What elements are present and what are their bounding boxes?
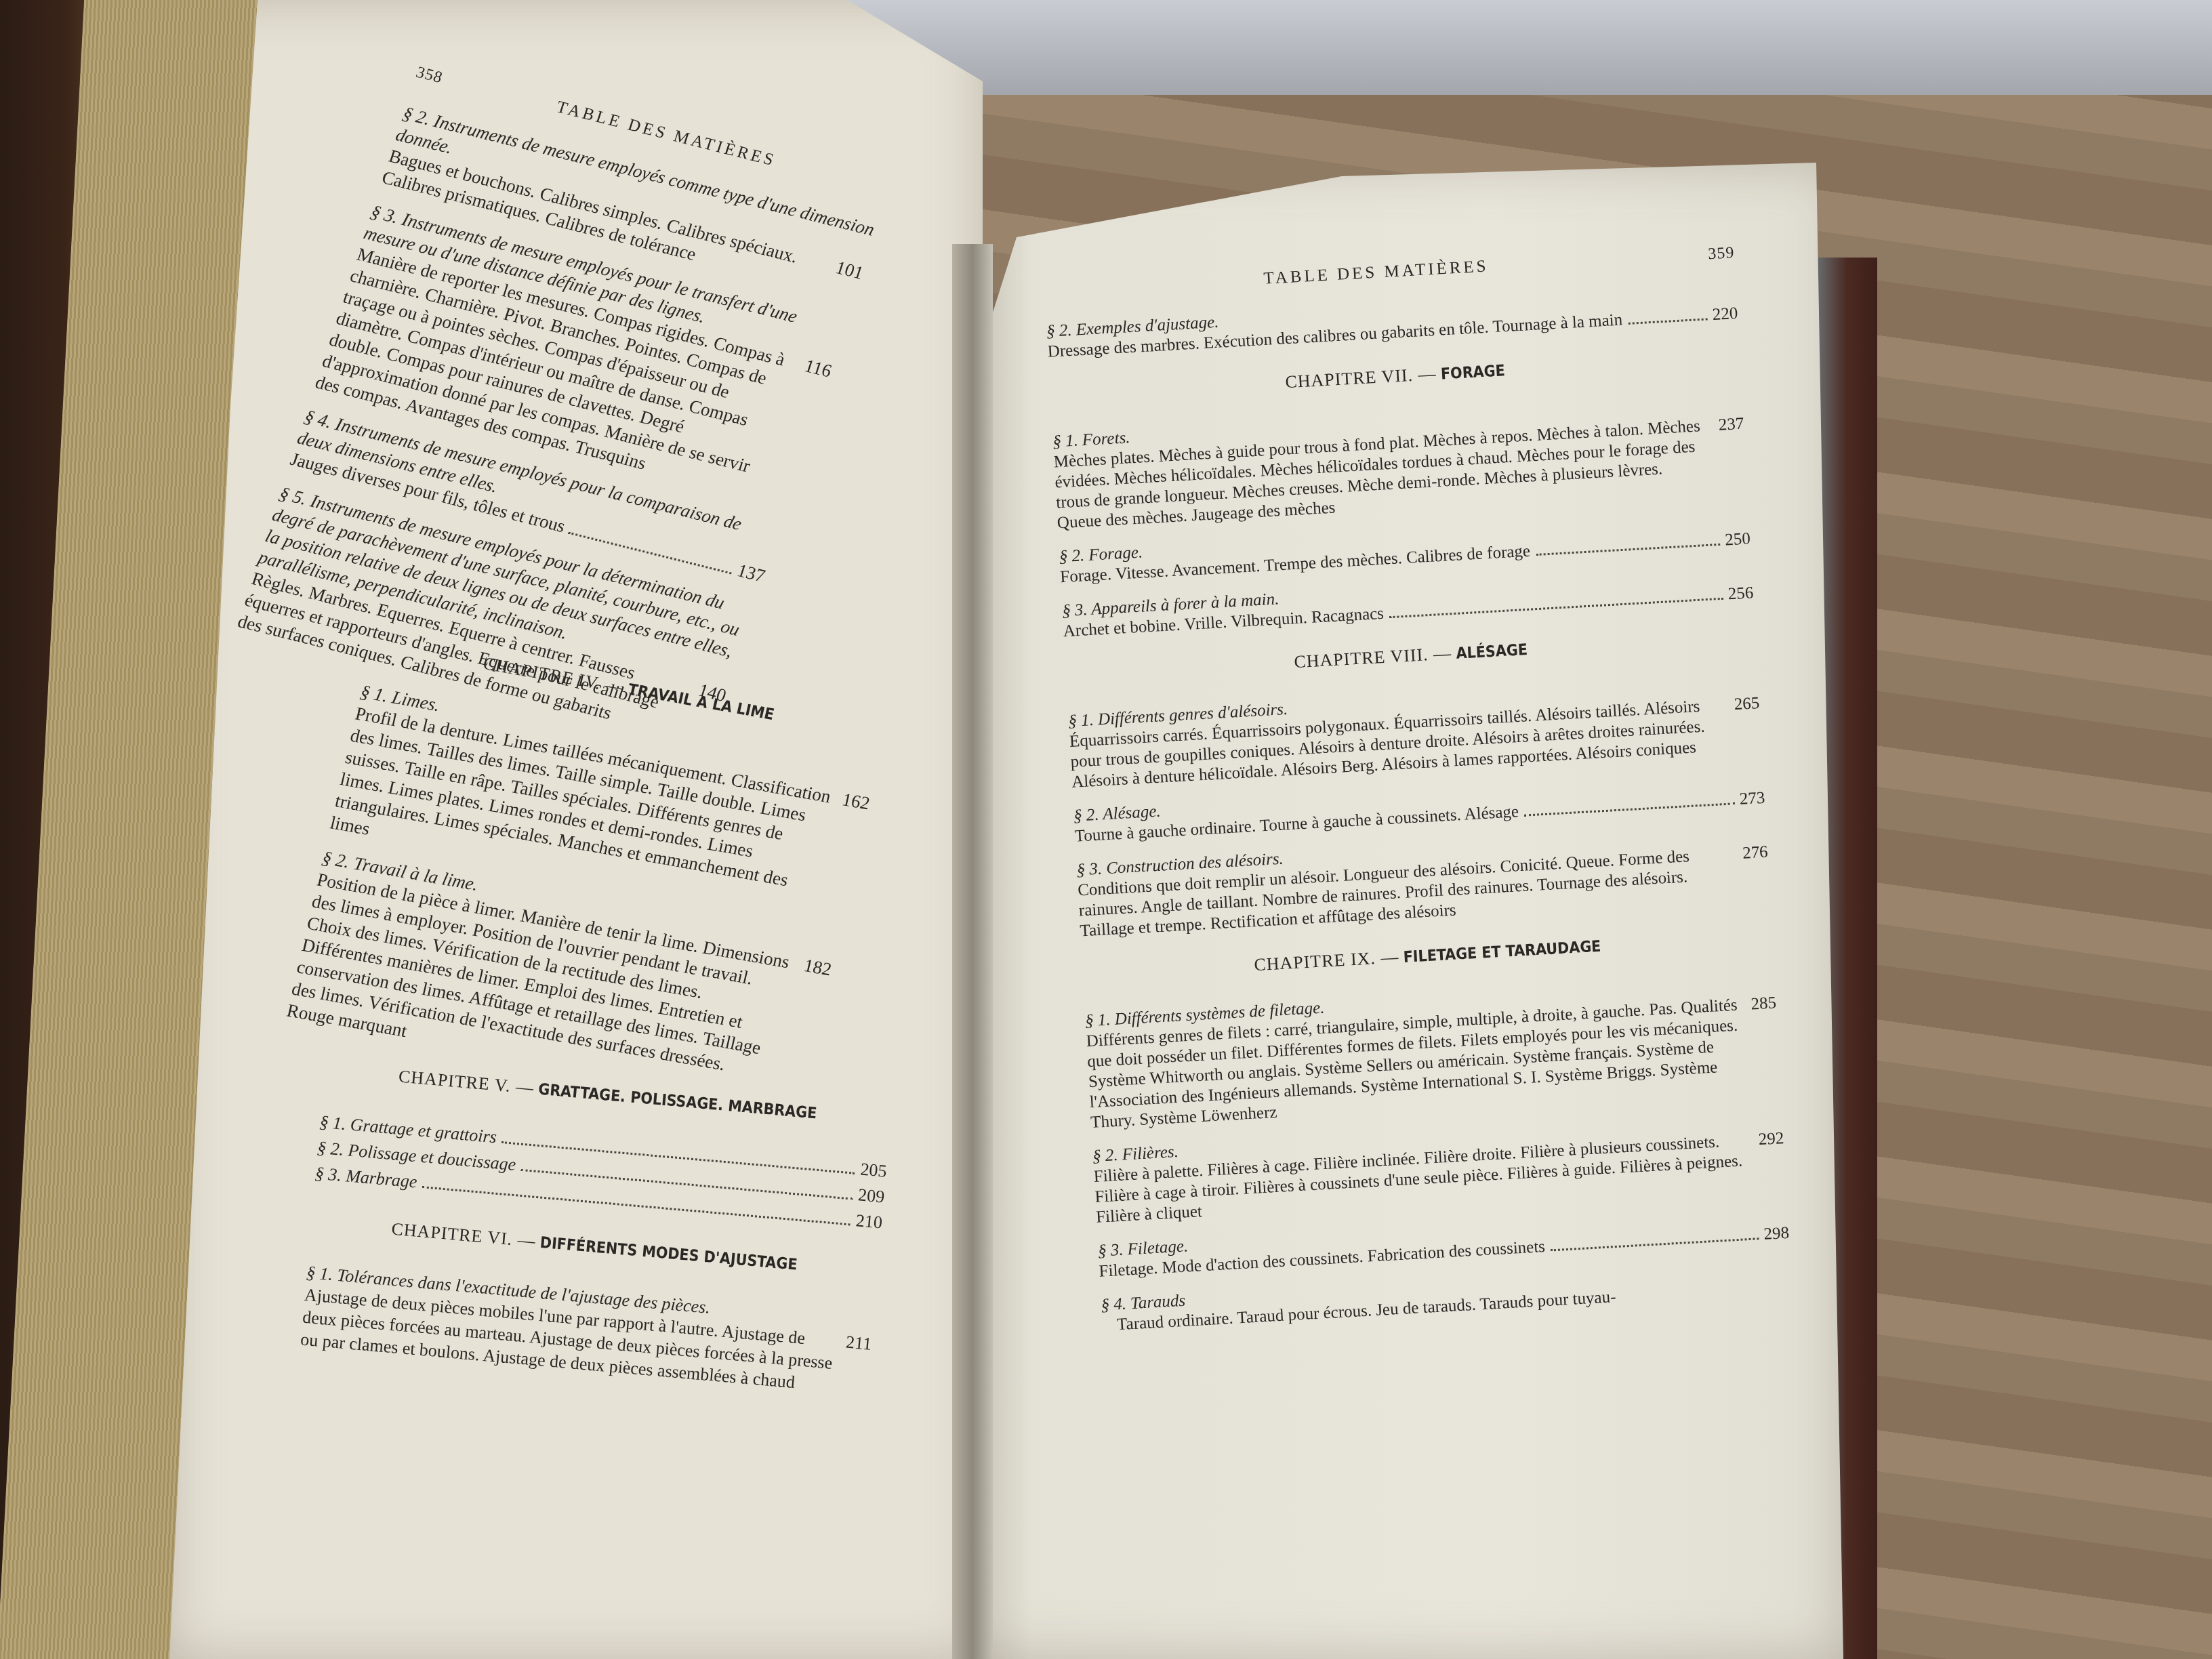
dot-leader <box>1536 544 1720 556</box>
page-ref: 285 <box>1750 993 1777 1015</box>
chapter-number: CHAPITRE VI. — <box>391 1219 537 1252</box>
page-ref: 276 <box>1742 842 1768 864</box>
chapter-title: TRAVAIL A LA LIME <box>626 681 776 724</box>
chapter-number: CHAPITRE IX. — <box>1254 947 1399 975</box>
page-ref: 162 <box>840 788 872 815</box>
page-ref: 256 <box>1727 583 1754 605</box>
chapter-title: ALÉSAGE <box>1456 641 1528 663</box>
toc-entry: § 1. Différents systèmes de filetage. Di… <box>1084 972 1781 1133</box>
page-ref: 211 <box>845 1331 873 1355</box>
page-ref: 182 <box>802 954 834 981</box>
chapter-number: CHAPITRE VII. — <box>1285 364 1437 392</box>
chapter-number: CHAPITRE VIII. — <box>1294 643 1452 672</box>
page-number: 359 <box>1707 243 1735 264</box>
page-ref: 237 <box>1718 414 1744 436</box>
dot-leader <box>1389 598 1723 619</box>
page-ref: 265 <box>1734 693 1760 715</box>
page-ref: 205 <box>859 1157 888 1185</box>
dot-leader <box>798 968 798 970</box>
dot-leader <box>798 368 798 370</box>
dot-leader <box>829 269 830 271</box>
dot-leader <box>1551 1237 1759 1251</box>
page-ref: 220 <box>1712 304 1738 325</box>
chapter-title: FILETAGE ET TARAUDAGE <box>1403 938 1601 966</box>
chapter-number: CHAPITRE IV. — <box>481 653 626 697</box>
page-ref: 292 <box>1758 1128 1784 1150</box>
dot-leader <box>836 802 836 804</box>
left-page-chapter-iv: CHAPITRE IV. — TRAVAIL A LA LIME § 1. Li… <box>281 610 893 1125</box>
dot-leader <box>1628 318 1707 325</box>
dot-leader <box>1524 802 1734 816</box>
page-ref: 250 <box>1725 529 1751 550</box>
chapter-title: FORAGE <box>1440 362 1505 383</box>
chapter-title: DIFFÉRENTS MODES D'AJUSTAGE <box>539 1234 798 1274</box>
page-ref: 298 <box>1763 1223 1790 1245</box>
page-ref: 210 <box>855 1208 883 1235</box>
page-ref: 273 <box>1739 788 1765 810</box>
page-ref: 209 <box>857 1182 886 1210</box>
left-page-chapters-v-vi: CHAPITRE V. — GRATTAGE. POLISSAGE. MARBR… <box>298 1057 892 1413</box>
book-gutter <box>952 244 993 1659</box>
toc-entry: § 1. Forets. Mèches plates. Mèches à gui… <box>1052 394 1748 534</box>
right-page-block: TABLE DES MATIÈRES 359 § 2. Exemples d'a… <box>1044 243 1794 1349</box>
